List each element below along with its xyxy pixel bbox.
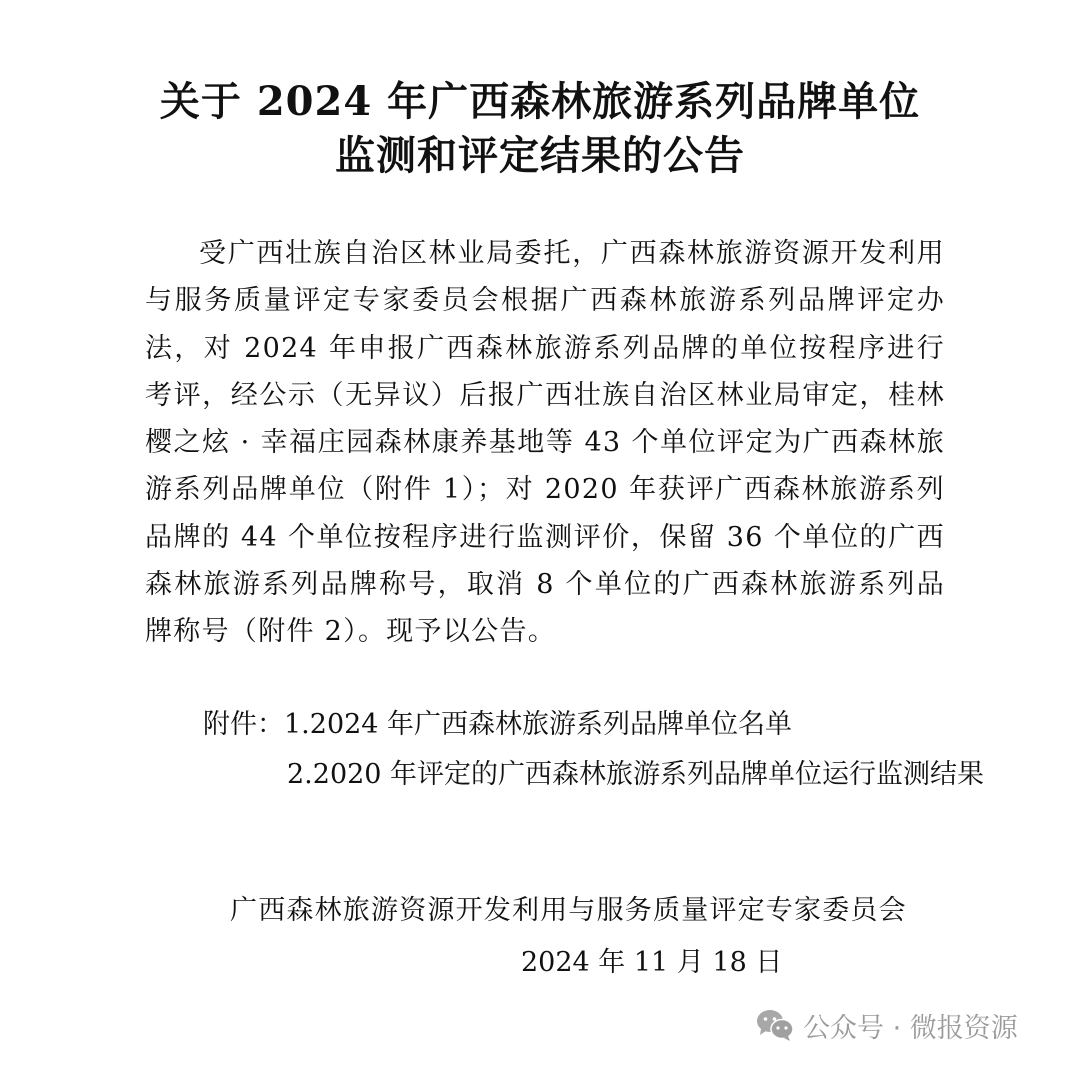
watermark: 公众号 · 微报资源 xyxy=(755,1003,1018,1047)
watermark-text: 公众号 · 微报资源 xyxy=(803,1006,1018,1045)
attachment-item-2: 2.2020 年评定的广西森林旅游系列品牌单位运行监测结果 xyxy=(203,750,984,800)
attachments-section: 附件：1.2024 年广西森林旅游系列品牌单位名单 2.2020 年评定的广西森… xyxy=(203,700,984,800)
wechat-icon xyxy=(755,1007,795,1043)
body-paragraph: 受广西壮族自治区林业局委托，广西森林旅游资源开发利用与服务质量评定专家委员会根据… xyxy=(145,230,945,656)
document-title-line1: 关于 2024 年广西森林旅游系列品牌单位 xyxy=(0,74,1080,130)
attachments-label: 附件： xyxy=(203,709,284,740)
document-title-line2: 监测和评定结果的公告 xyxy=(0,128,1080,184)
attachment-item-1: 附件：1.2024 年广西森林旅游系列品牌单位名单 xyxy=(203,700,984,750)
document-body: 受广西壮族自治区林业局委托，广西森林旅游资源开发利用与服务质量评定专家委员会根据… xyxy=(145,230,945,656)
signatory: 广西森林旅游资源开发利用与服务质量评定专家委员会 xyxy=(230,885,907,937)
issue-date: 2024 年 11 月 18 日 xyxy=(521,937,782,989)
